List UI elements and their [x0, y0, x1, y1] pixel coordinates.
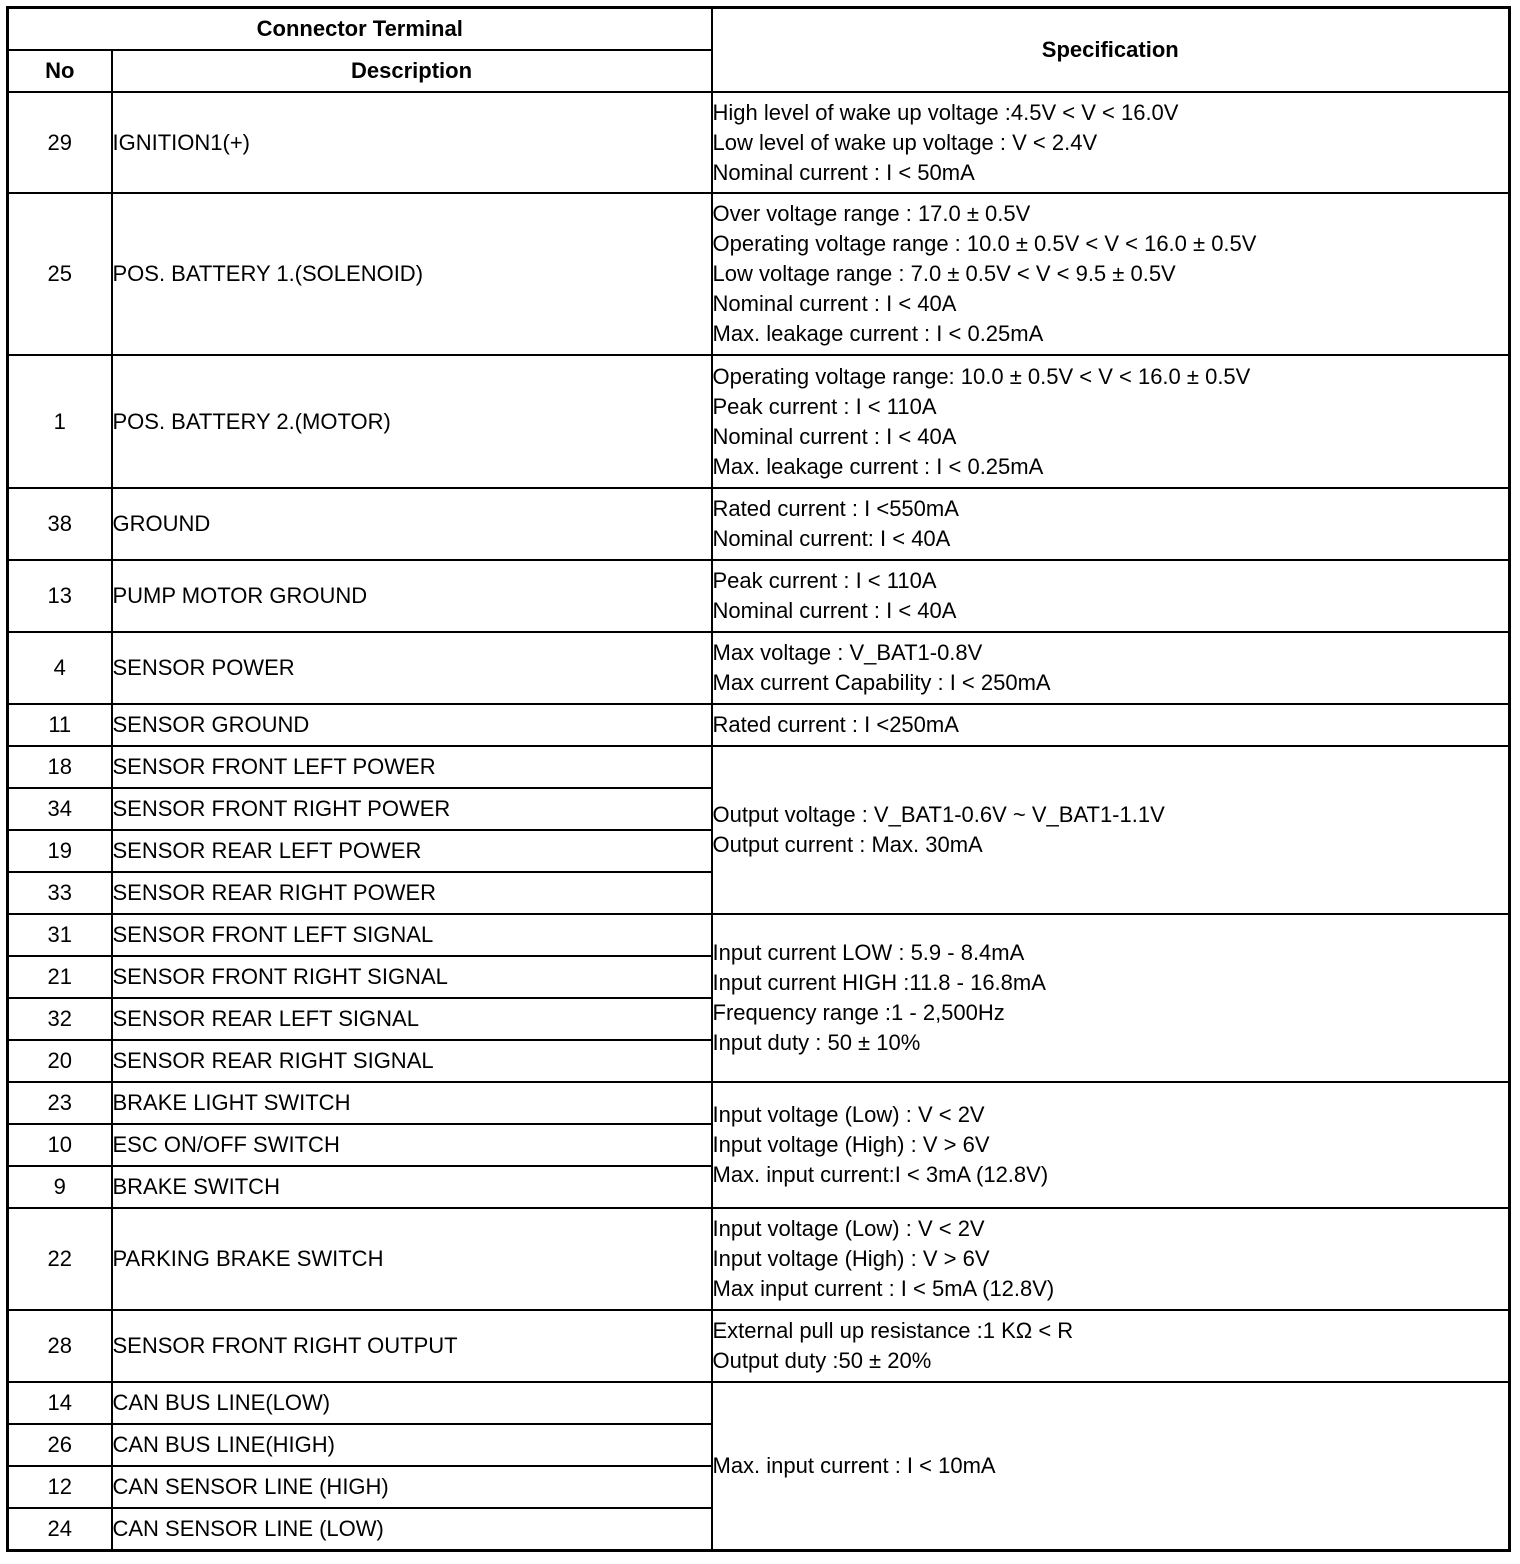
table-row: 29IGNITION1(+)High level of wake up volt…	[8, 92, 1510, 193]
terminal-number: 10	[8, 1124, 112, 1166]
specification-line: External pull up resistance :1 KΩ < R	[713, 1316, 1509, 1346]
specification-line: Max. leakage current : I < 0.25mA	[713, 319, 1509, 349]
terminal-number: 19	[8, 830, 112, 872]
terminal-number: 13	[8, 560, 112, 632]
terminal-description: SENSOR FRONT LEFT POWER	[112, 746, 712, 788]
specification-cell: Operating voltage range: 10.0 ± 0.5V < V…	[712, 355, 1510, 488]
specification-line: Peak current : I < 110A	[713, 566, 1509, 596]
specification-line: High level of wake up voltage :4.5V < V …	[713, 98, 1509, 128]
terminal-description: CAN SENSOR LINE (HIGH)	[112, 1466, 712, 1508]
specification-line: Rated current : I <250mA	[713, 710, 1509, 740]
terminal-number: 29	[8, 92, 112, 193]
terminal-description: IGNITION1(+)	[112, 92, 712, 193]
table-row: 23BRAKE LIGHT SWITCHInput voltage (Low) …	[8, 1082, 1510, 1124]
terminal-number: 25	[8, 193, 112, 355]
specification-cell: Over voltage range : 17.0 ± 0.5VOperatin…	[712, 193, 1510, 355]
terminal-description: SENSOR REAR LEFT SIGNAL	[112, 998, 712, 1040]
specification-line: Nominal current : I < 40A	[713, 596, 1509, 626]
specification-cell: Input voltage (Low) : V < 2VInput voltag…	[712, 1082, 1510, 1208]
specification-line: Input current LOW : 5.9 - 8.4mA	[713, 938, 1509, 968]
specification-cell: Input voltage (Low) : V < 2VInput voltag…	[712, 1208, 1510, 1310]
table-row: 18SENSOR FRONT LEFT POWEROutput voltage …	[8, 746, 1510, 788]
table-row: 38GROUNDRated current : I <550mANominal …	[8, 488, 1510, 560]
terminal-number: 18	[8, 746, 112, 788]
specification-line: Input current HIGH :11.8 - 16.8mA	[713, 968, 1509, 998]
connector-terminal-table: Connector Terminal Specification No Desc…	[6, 6, 1511, 1552]
terminal-description: POS. BATTERY 1.(SOLENOID)	[112, 193, 712, 355]
terminal-number: 22	[8, 1208, 112, 1310]
specification-line: Max. input current:I < 3mA (12.8V)	[713, 1160, 1509, 1190]
specification-line: Frequency range :1 - 2,500Hz	[713, 998, 1509, 1028]
table-row: 11SENSOR GROUNDRated current : I <250mA	[8, 704, 1510, 746]
specification-cell: Max voltage : V_BAT1-0.8VMax current Cap…	[712, 632, 1510, 704]
specification-header: Specification	[712, 8, 1510, 93]
terminal-description: PUMP MOTOR GROUND	[112, 560, 712, 632]
terminal-description: SENSOR FRONT RIGHT SIGNAL	[112, 956, 712, 998]
specification-cell: Peak current : I < 110ANominal current :…	[712, 560, 1510, 632]
table-row: 31SENSOR FRONT LEFT SIGNALInput current …	[8, 914, 1510, 956]
specification-line: Input voltage (Low) : V < 2V	[713, 1100, 1509, 1130]
specification-line: Operating voltage range : 10.0 ± 0.5V < …	[713, 229, 1509, 259]
specification-cell: Max. input current : I < 10mA	[712, 1382, 1510, 1550]
table-body: 29IGNITION1(+)High level of wake up volt…	[8, 92, 1510, 1550]
table-row: 4SENSOR POWERMax voltage : V_BAT1-0.8VMa…	[8, 632, 1510, 704]
specification-line: Over voltage range : 17.0 ± 0.5V	[713, 199, 1509, 229]
terminal-description: ESC ON/OFF SWITCH	[112, 1124, 712, 1166]
specification-cell: High level of wake up voltage :4.5V < V …	[712, 92, 1510, 193]
description-column-header: Description	[112, 50, 712, 92]
specification-line: Max input current : I < 5mA (12.8V)	[713, 1274, 1509, 1304]
specification-cell: Output voltage : V_BAT1-0.6V ~ V_BAT1-1.…	[712, 746, 1510, 914]
table-row: 25POS. BATTERY 1.(SOLENOID)Over voltage …	[8, 193, 1510, 355]
terminal-description: SENSOR GROUND	[112, 704, 712, 746]
terminal-number: 33	[8, 872, 112, 914]
specification-line: Output duty :50 ± 20%	[713, 1346, 1509, 1376]
specification-cell: Rated current : I <250mA	[712, 704, 1510, 746]
terminal-number: 31	[8, 914, 112, 956]
specification-line: Output current : Max. 30mA	[713, 830, 1509, 860]
terminal-number: 34	[8, 788, 112, 830]
specification-cell: External pull up resistance :1 KΩ < ROut…	[712, 1310, 1510, 1382]
terminal-description: CAN SENSOR LINE (LOW)	[112, 1508, 712, 1550]
terminal-number: 21	[8, 956, 112, 998]
terminal-number: 20	[8, 1040, 112, 1082]
terminal-description: BRAKE SWITCH	[112, 1166, 712, 1208]
terminal-description: CAN BUS LINE(LOW)	[112, 1382, 712, 1424]
connector-spec-document: Connector Terminal Specification No Desc…	[6, 6, 1508, 1552]
terminal-number: 23	[8, 1082, 112, 1124]
terminal-description: SENSOR FRONT RIGHT POWER	[112, 788, 712, 830]
specification-cell: Input current LOW : 5.9 - 8.4mAInput cur…	[712, 914, 1510, 1082]
terminal-number: 32	[8, 998, 112, 1040]
specification-line: Rated current : I <550mA	[713, 494, 1509, 524]
terminal-number: 38	[8, 488, 112, 560]
specification-line: Peak current : I < 110A	[713, 392, 1509, 422]
table-row: 13PUMP MOTOR GROUNDPeak current : I < 11…	[8, 560, 1510, 632]
terminal-number: 26	[8, 1424, 112, 1466]
terminal-number: 14	[8, 1382, 112, 1424]
table-row: 28SENSOR FRONT RIGHT OUTPUTExternal pull…	[8, 1310, 1510, 1382]
terminal-description: POS. BATTERY 2.(MOTOR)	[112, 355, 712, 488]
terminal-description: GROUND	[112, 488, 712, 560]
terminal-description: SENSOR REAR LEFT POWER	[112, 830, 712, 872]
specification-line: Output voltage : V_BAT1-0.6V ~ V_BAT1-1.…	[713, 800, 1509, 830]
specification-cell: Rated current : I <550mANominal current:…	[712, 488, 1510, 560]
terminal-description: PARKING BRAKE SWITCH	[112, 1208, 712, 1310]
terminal-number: 1	[8, 355, 112, 488]
connector-terminal-header: Connector Terminal	[8, 8, 712, 51]
specification-line: Input voltage (Low) : V < 2V	[713, 1214, 1509, 1244]
specification-line: Nominal current : I < 40A	[713, 289, 1509, 319]
specification-line: Nominal current: I < 40A	[713, 524, 1509, 554]
terminal-number: 28	[8, 1310, 112, 1382]
specification-line: Low voltage range : 7.0 ± 0.5V < V < 9.5…	[713, 259, 1509, 289]
specification-line: Nominal current : I < 40A	[713, 422, 1509, 452]
terminal-description: CAN BUS LINE(HIGH)	[112, 1424, 712, 1466]
terminal-number: 4	[8, 632, 112, 704]
no-column-header: No	[8, 50, 112, 92]
specification-line: Input voltage (High) : V > 6V	[713, 1130, 1509, 1160]
terminal-description: SENSOR FRONT RIGHT OUTPUT	[112, 1310, 712, 1382]
terminal-description: SENSOR FRONT LEFT SIGNAL	[112, 914, 712, 956]
specification-line: Max. input current : I < 10mA	[713, 1451, 1509, 1481]
specification-line: Operating voltage range: 10.0 ± 0.5V < V…	[713, 362, 1509, 392]
specification-line: Input duty : 50 ± 10%	[713, 1028, 1509, 1058]
specification-line: Nominal current : I < 50mA	[713, 158, 1509, 188]
table-header: Connector Terminal Specification No Desc…	[8, 8, 1510, 93]
terminal-number: 11	[8, 704, 112, 746]
specification-line: Max current Capability : I < 250mA	[713, 668, 1509, 698]
terminal-number: 9	[8, 1166, 112, 1208]
table-row: 22PARKING BRAKE SWITCHInput voltage (Low…	[8, 1208, 1510, 1310]
table-row: 14CAN BUS LINE(LOW)Max. input current : …	[8, 1382, 1510, 1424]
terminal-description: SENSOR REAR RIGHT SIGNAL	[112, 1040, 712, 1082]
specification-line: Low level of wake up voltage : V < 2.4V	[713, 128, 1509, 158]
specification-line: Input voltage (High) : V > 6V	[713, 1244, 1509, 1274]
terminal-description: BRAKE LIGHT SWITCH	[112, 1082, 712, 1124]
terminal-description: SENSOR REAR RIGHT POWER	[112, 872, 712, 914]
terminal-description: SENSOR POWER	[112, 632, 712, 704]
table-row: 1POS. BATTERY 2.(MOTOR)Operating voltage…	[8, 355, 1510, 488]
terminal-number: 12	[8, 1466, 112, 1508]
specification-line: Max. leakage current : I < 0.25mA	[713, 452, 1509, 482]
terminal-number: 24	[8, 1508, 112, 1550]
specification-line: Max voltage : V_BAT1-0.8V	[713, 638, 1509, 668]
